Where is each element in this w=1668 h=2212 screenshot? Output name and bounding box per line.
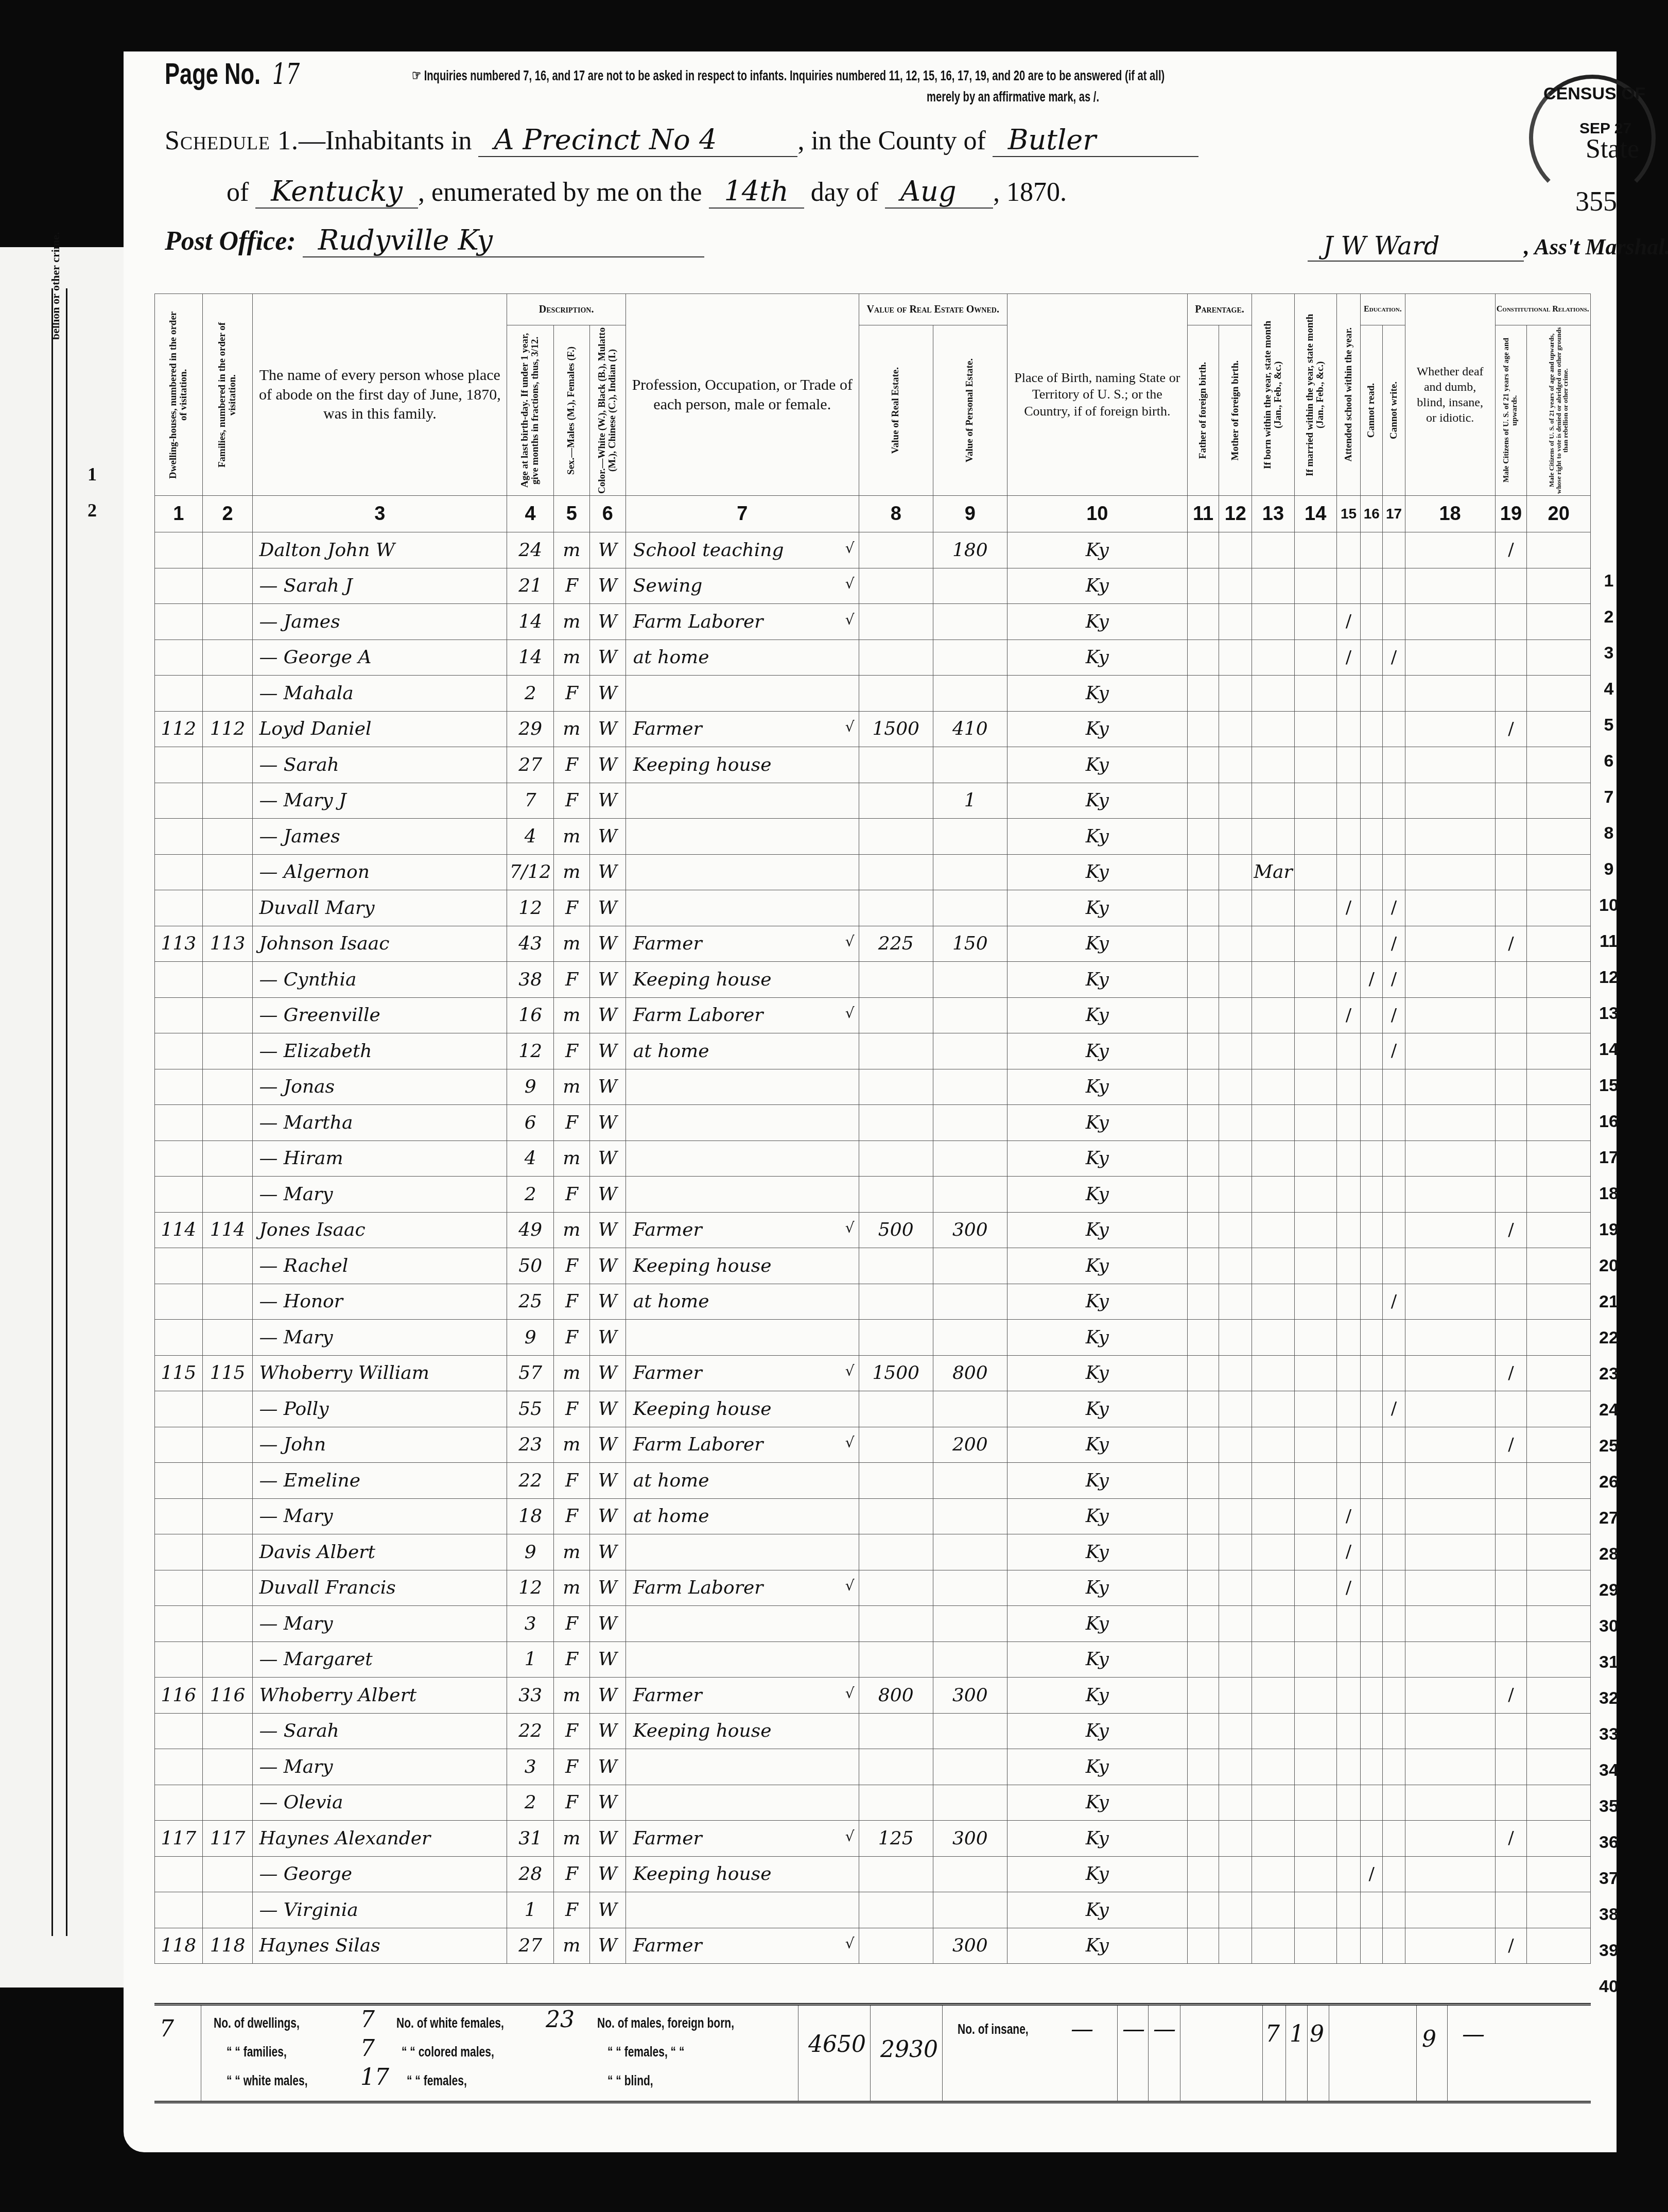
- disability: [1405, 962, 1495, 998]
- person-name: — Hiram: [253, 1140, 507, 1177]
- dwelling-number: [155, 997, 203, 1033]
- occupation: Keeping house: [625, 962, 859, 998]
- cannot-read-mark: [1361, 1033, 1383, 1069]
- occupation: Farmer√: [625, 1678, 859, 1714]
- footer-divider: [942, 2006, 943, 2101]
- vote-denied-mark: [1527, 568, 1591, 604]
- sex: m: [553, 854, 589, 890]
- attended-school-mark: [1336, 1069, 1360, 1105]
- mother-foreign: [1219, 1212, 1252, 1248]
- father-foreign: [1187, 1248, 1219, 1284]
- real-estate-value: [859, 1069, 933, 1105]
- vote-denied-mark: [1527, 1212, 1591, 1248]
- married-in-year: [1294, 1821, 1336, 1857]
- father-foreign: [1187, 1606, 1219, 1642]
- color: W: [589, 819, 625, 855]
- cannot-read-mark: [1361, 783, 1383, 819]
- born-in-year-month: [1252, 532, 1294, 568]
- color: W: [589, 532, 625, 568]
- mother-foreign: [1219, 711, 1252, 747]
- disability: [1405, 1534, 1495, 1570]
- table-row: 114114Jones Isaac49mWFarmer√500300Ky/: [155, 1212, 1591, 1248]
- county-label: , in the County of: [797, 126, 985, 155]
- attended-school-mark: [1336, 1821, 1360, 1857]
- vote-denied-mark: [1527, 1928, 1591, 1964]
- occupation: [625, 676, 859, 712]
- person-name: — Mary: [253, 1498, 507, 1534]
- family-number: [202, 1606, 253, 1642]
- person-name: Haynes Silas: [253, 1928, 507, 1964]
- col-number: 20: [1527, 496, 1591, 532]
- col-number: 5: [553, 496, 589, 532]
- color: W: [589, 1177, 625, 1213]
- real-estate-value: [859, 1928, 933, 1964]
- age: 27: [507, 747, 554, 783]
- attended-school-mark: [1336, 1928, 1360, 1964]
- family-number: [202, 1785, 253, 1821]
- line-number: 5: [1593, 715, 1624, 735]
- married-in-year: [1294, 1856, 1336, 1892]
- line-number: 6: [1593, 751, 1624, 771]
- line-number: 14: [1593, 1040, 1624, 1060]
- personal-estate-value: 200: [933, 1427, 1007, 1463]
- personal-estate-value: [933, 1534, 1007, 1570]
- male-citizen-mark: [1495, 1856, 1527, 1892]
- person-name: — Greenville: [253, 997, 507, 1033]
- born-in-year-month: [1252, 1140, 1294, 1177]
- column-number-row: 1 2 3 4 5 6 7 8 9 10 11 12 13 14 15 16 1: [155, 496, 1591, 532]
- mother-foreign: [1219, 1749, 1252, 1785]
- line-number: 17: [1593, 1148, 1624, 1168]
- person-name: — Mahala: [253, 676, 507, 712]
- cannot-read-mark: [1361, 604, 1383, 640]
- col12-total: —: [1153, 2016, 1176, 2042]
- header-cannot-read: Cannot read.: [1361, 325, 1383, 496]
- birthplace: Ky: [1007, 1641, 1187, 1678]
- cannot-write-mark: [1383, 676, 1405, 712]
- age: 1: [507, 1892, 554, 1928]
- male-citizen-mark: [1495, 1785, 1527, 1821]
- real-estate-value: [859, 1463, 933, 1499]
- father-foreign: [1187, 1212, 1219, 1248]
- married-in-year: [1294, 1678, 1336, 1714]
- vote-denied-mark: [1527, 997, 1591, 1033]
- footer-divider: [1117, 2006, 1118, 2101]
- table-row: — Elizabeth12FWat homeKy/: [155, 1033, 1591, 1069]
- father-foreign: [1187, 1928, 1219, 1964]
- line-number: 28: [1593, 1544, 1624, 1564]
- real-estate-value: 800: [859, 1678, 933, 1714]
- cannot-read-mark: [1361, 1069, 1383, 1105]
- census-table: Dwelling-houses, numbered in the order o…: [154, 293, 1591, 1964]
- birthplace: Ky: [1007, 783, 1187, 819]
- married-in-year: [1294, 1713, 1336, 1749]
- occupation-check-mark: √: [845, 611, 855, 628]
- cannot-write-mark: [1383, 532, 1405, 568]
- married-in-year: [1294, 962, 1336, 998]
- summary-footer: 7 No. of dwellings, 7 “ “ families, 7 “ …: [154, 2003, 1591, 2103]
- age: 29: [507, 711, 554, 747]
- personal-estate-value: 1: [933, 783, 1007, 819]
- attended-school-mark: /: [1336, 604, 1360, 640]
- col-number: 18: [1405, 496, 1495, 532]
- cannot-write-mark: [1383, 1105, 1405, 1141]
- vote-denied-mark: [1527, 604, 1591, 640]
- sex: m: [553, 1355, 589, 1391]
- family-number: [202, 1105, 253, 1141]
- family-number: 115: [202, 1355, 253, 1391]
- mother-foreign: [1219, 1463, 1252, 1499]
- sex: m: [553, 1212, 589, 1248]
- disability: [1405, 890, 1495, 926]
- real-estate-value: [859, 997, 933, 1033]
- header-sex: Sex.—Males (M.), Females (F.): [553, 325, 589, 496]
- age: 49: [507, 1212, 554, 1248]
- line-number: 26: [1593, 1472, 1624, 1492]
- sex: m: [553, 1570, 589, 1606]
- age: 31: [507, 1821, 554, 1857]
- birthplace: Ky: [1007, 532, 1187, 568]
- color: W: [589, 1033, 625, 1069]
- birthplace: Ky: [1007, 1606, 1187, 1642]
- mother-foreign: [1219, 1177, 1252, 1213]
- married-in-year: [1294, 1606, 1336, 1642]
- cannot-write-mark: /: [1383, 1033, 1405, 1069]
- table-row: — Algernon7/12mWKyMar: [155, 854, 1591, 890]
- family-number: [202, 1892, 253, 1928]
- dwelling-number: [155, 1892, 203, 1928]
- cannot-read-mark: [1361, 1463, 1383, 1499]
- family-number: [202, 1534, 253, 1570]
- color: W: [589, 1534, 625, 1570]
- birthplace: Ky: [1007, 1177, 1187, 1213]
- birthplace: Ky: [1007, 1928, 1187, 1964]
- born-in-year-month: [1252, 926, 1294, 962]
- mother-foreign: [1219, 1355, 1252, 1391]
- enumerated-label: , enumerated by me on the: [418, 178, 702, 207]
- color: W: [589, 1498, 625, 1534]
- table-row: — Mary9FWKy: [155, 1320, 1591, 1356]
- cannot-read-mark: [1361, 1105, 1383, 1141]
- col19-total: 9: [1422, 2026, 1436, 2052]
- table-row: — Mahala2FWKy: [155, 676, 1591, 712]
- dwelling-number: [155, 747, 203, 783]
- color: W: [589, 1355, 625, 1391]
- personal-estate-value: [933, 1641, 1007, 1678]
- family-number: [202, 1033, 253, 1069]
- born-in-year-month: [1252, 1498, 1294, 1534]
- cannot-read-mark: [1361, 1355, 1383, 1391]
- dwelling-number: [155, 604, 203, 640]
- cannot-read-mark: [1361, 1498, 1383, 1534]
- family-number: 112: [202, 711, 253, 747]
- birthplace: Ky: [1007, 854, 1187, 890]
- father-foreign: [1187, 1678, 1219, 1714]
- marshal-label: , Ass't Marshal.: [1524, 234, 1668, 260]
- col-number: 14: [1294, 496, 1336, 532]
- person-name: — Mary: [253, 1606, 507, 1642]
- born-in-year-month: [1252, 1606, 1294, 1642]
- disability: [1405, 997, 1495, 1033]
- cannot-write-mark: [1383, 1320, 1405, 1356]
- mother-foreign: [1219, 1534, 1252, 1570]
- header-occupation: Profession, Occupation, or Trade of each…: [625, 294, 859, 496]
- age: 4: [507, 819, 554, 855]
- disability: [1405, 1749, 1495, 1785]
- sex: F: [553, 1606, 589, 1642]
- color: W: [589, 1892, 625, 1928]
- marshal-line: J W Ward, Ass't Marshal.: [1308, 232, 1668, 262]
- dwelling-number: [155, 676, 203, 712]
- footer-divider: [870, 2006, 871, 2101]
- married-in-year: [1294, 926, 1336, 962]
- sex: F: [553, 1713, 589, 1749]
- table-row: — Polly55FWKeeping houseKy/: [155, 1391, 1591, 1427]
- insane-value: —: [1071, 2016, 1093, 2042]
- personal-estate-value: [933, 1284, 1007, 1320]
- margin-column-strip: [51, 288, 67, 1936]
- occupation: at home: [625, 640, 859, 676]
- year-label: , 1870.: [993, 178, 1067, 207]
- sex: F: [553, 1856, 589, 1892]
- father-foreign: [1187, 1427, 1219, 1463]
- blind-label: “ “ blind,: [607, 2072, 653, 2089]
- attended-school-mark: [1336, 747, 1360, 783]
- vote-denied-mark: [1527, 1713, 1591, 1749]
- cannot-write-mark: [1383, 1641, 1405, 1678]
- sex: F: [553, 676, 589, 712]
- born-in-year-month: [1252, 747, 1294, 783]
- occupation: Farm Laborer√: [625, 1570, 859, 1606]
- person-name: — Algernon: [253, 854, 507, 890]
- month-field: Aug: [885, 175, 993, 209]
- cannot-write-mark: [1383, 1069, 1405, 1105]
- attended-school-mark: [1336, 783, 1360, 819]
- occupation: [625, 1785, 859, 1821]
- married-in-year: [1294, 890, 1336, 926]
- birthplace: Ky: [1007, 1248, 1187, 1284]
- mother-foreign: [1219, 747, 1252, 783]
- color: W: [589, 1856, 625, 1892]
- cannot-read-mark: [1361, 1785, 1383, 1821]
- cannot-read-mark: [1361, 1928, 1383, 1964]
- table-row: — Cynthia38FWKeeping houseKy//: [155, 962, 1591, 998]
- color: W: [589, 568, 625, 604]
- margin-row-number: 1: [88, 463, 97, 485]
- dwellings-label: No. of dwellings,: [214, 2015, 300, 2031]
- birthplace: Ky: [1007, 604, 1187, 640]
- footer-divider: [798, 2006, 798, 2101]
- personal-estate-value: 300: [933, 1821, 1007, 1857]
- margin-row-number: 2: [88, 499, 97, 521]
- age: 33: [507, 1678, 554, 1714]
- header-dwelling: Dwelling-houses, numbered in the order o…: [155, 294, 203, 496]
- born-in-year-month: [1252, 819, 1294, 855]
- footer-divider: [1262, 2006, 1263, 2101]
- header-group-education: Education.: [1361, 294, 1405, 325]
- occupation: Farm Laborer√: [625, 604, 859, 640]
- vote-denied-mark: [1527, 1033, 1591, 1069]
- attended-school-mark: [1336, 1749, 1360, 1785]
- age: 7/12: [507, 854, 554, 890]
- occupation: at home: [625, 1463, 859, 1499]
- attended-school-mark: [1336, 1105, 1360, 1141]
- occupation: Keeping house: [625, 1391, 859, 1427]
- table-row: 115115Whoberry William57mWFarmer√1500800…: [155, 1355, 1591, 1391]
- birthplace: Ky: [1007, 1713, 1187, 1749]
- male-citizen-mark: [1495, 1463, 1527, 1499]
- cannot-write-mark: [1383, 1678, 1405, 1714]
- cannot-read-mark: [1361, 1140, 1383, 1177]
- dwelling-number: [155, 1391, 203, 1427]
- family-number: [202, 747, 253, 783]
- disability: [1405, 676, 1495, 712]
- dwelling-number: 112: [155, 711, 203, 747]
- color: W: [589, 1641, 625, 1678]
- header-family: Families, numbered in the order of visit…: [202, 294, 253, 496]
- born-in-year-month: [1252, 1284, 1294, 1320]
- vote-denied-mark: [1527, 783, 1591, 819]
- occupation: at home: [625, 1498, 859, 1534]
- mother-foreign: [1219, 1033, 1252, 1069]
- line-number: 8: [1593, 823, 1624, 843]
- married-in-year: [1294, 532, 1336, 568]
- age: 2: [507, 1785, 554, 1821]
- cannot-read-mark: [1361, 854, 1383, 890]
- color: W: [589, 1427, 625, 1463]
- born-in-year-month: [1252, 1678, 1294, 1714]
- father-foreign: [1187, 1140, 1219, 1177]
- birthplace: Ky: [1007, 747, 1187, 783]
- color: W: [589, 1928, 625, 1964]
- dwelling-number: 113: [155, 926, 203, 962]
- schedule-label: Schedule 1.: [165, 126, 299, 155]
- personal-estate-value: [933, 1069, 1007, 1105]
- cannot-read-mark: [1361, 1641, 1383, 1678]
- table-row: Duvall Mary12FWKy//: [155, 890, 1591, 926]
- insane-label: No. of insane,: [958, 2021, 1029, 2037]
- col-number: 3: [253, 496, 507, 532]
- father-foreign: [1187, 1391, 1219, 1427]
- occupation: Keeping house: [625, 1248, 859, 1284]
- disability: [1405, 1105, 1495, 1141]
- attended-school-mark: [1336, 1606, 1360, 1642]
- cannot-write-mark: /: [1383, 1391, 1405, 1427]
- col-number: 19: [1495, 496, 1527, 532]
- male-citizen-mark: /: [1495, 1928, 1527, 1964]
- dwelling-number: [155, 1534, 203, 1570]
- vote-denied-mark: [1527, 1248, 1591, 1284]
- male-citizen-mark: [1495, 747, 1527, 783]
- born-in-year-month: [1252, 1355, 1294, 1391]
- born-in-year-month: [1252, 604, 1294, 640]
- birthplace: Ky: [1007, 640, 1187, 676]
- vote-denied-mark: [1527, 532, 1591, 568]
- birthplace: Ky: [1007, 1678, 1187, 1714]
- vote-denied-mark: [1527, 962, 1591, 998]
- table-row: — Rachel50FWKeeping houseKy: [155, 1248, 1591, 1284]
- cannot-write-mark: [1383, 1928, 1405, 1964]
- cannot-read-mark: [1361, 676, 1383, 712]
- sex: F: [553, 962, 589, 998]
- disability: [1405, 1713, 1495, 1749]
- attended-school-mark: [1336, 676, 1360, 712]
- born-in-year-month: [1252, 640, 1294, 676]
- occupation: [625, 1606, 859, 1642]
- personal-estate-value: [933, 1105, 1007, 1141]
- mother-foreign: [1219, 1284, 1252, 1320]
- family-number: [202, 1570, 253, 1606]
- disability: [1405, 1320, 1495, 1356]
- born-in-year-month: [1252, 997, 1294, 1033]
- sex: F: [553, 568, 589, 604]
- person-name: — Sarah: [253, 1713, 507, 1749]
- color: W: [589, 1713, 625, 1749]
- personal-estate-value: [933, 1320, 1007, 1356]
- personal-estate-value: [933, 1606, 1007, 1642]
- disability: [1405, 1033, 1495, 1069]
- family-number: [202, 1713, 253, 1749]
- age: 3: [507, 1606, 554, 1642]
- inquiries-note-continued: merely by an affirmative mark, as /.: [927, 89, 1099, 105]
- disability: [1405, 1606, 1495, 1642]
- mother-foreign: [1219, 997, 1252, 1033]
- real-estate-value: [859, 1320, 933, 1356]
- father-foreign: [1187, 1892, 1219, 1928]
- col-number: 15: [1336, 496, 1360, 532]
- disability: [1405, 1355, 1495, 1391]
- born-in-year-month: [1252, 890, 1294, 926]
- personal-estate-value: 300: [933, 1212, 1007, 1248]
- age: 6: [507, 1105, 554, 1141]
- occupation-check-mark: √: [845, 575, 855, 592]
- sex: F: [553, 1641, 589, 1678]
- line-number: 38: [1593, 1905, 1624, 1925]
- cannot-read-mark: /: [1361, 962, 1383, 998]
- post-office-line: Post Office: Rudyville Ky: [165, 224, 704, 257]
- occupation: Farm Laborer√: [625, 1427, 859, 1463]
- personal-estate-value: 150: [933, 926, 1007, 962]
- personal-estate-total: 2930: [880, 2036, 938, 2063]
- birthplace: Ky: [1007, 1570, 1187, 1606]
- family-number: [202, 568, 253, 604]
- disability: [1405, 783, 1495, 819]
- table-row: — Honor25FWat homeKy/: [155, 1284, 1591, 1320]
- table-row: — Mary2FWKy: [155, 1177, 1591, 1213]
- vote-denied-mark: [1527, 1678, 1591, 1714]
- color: W: [589, 676, 625, 712]
- color: W: [589, 962, 625, 998]
- dwelling-number: [155, 1463, 203, 1499]
- header-age: Age at last birth-day. If under 1 year, …: [507, 325, 554, 496]
- header-group-constitutional: Constitutional Relations.: [1495, 294, 1590, 325]
- birthplace: Ky: [1007, 1320, 1187, 1356]
- married-in-year: [1294, 676, 1336, 712]
- attended-school-mark: /: [1336, 890, 1360, 926]
- married-in-year: [1294, 1320, 1336, 1356]
- real-estate-value: [859, 890, 933, 926]
- family-number: [202, 1749, 253, 1785]
- birthplace: Ky: [1007, 1105, 1187, 1141]
- born-in-year-month: [1252, 962, 1294, 998]
- cannot-read-mark: [1361, 997, 1383, 1033]
- dwelling-number: 114: [155, 1212, 203, 1248]
- header-mother-foreign: Mother of foreign birth.: [1219, 325, 1252, 496]
- color: W: [589, 854, 625, 890]
- col-number: 9: [933, 496, 1007, 532]
- married-in-year: [1294, 640, 1336, 676]
- occupation: [625, 819, 859, 855]
